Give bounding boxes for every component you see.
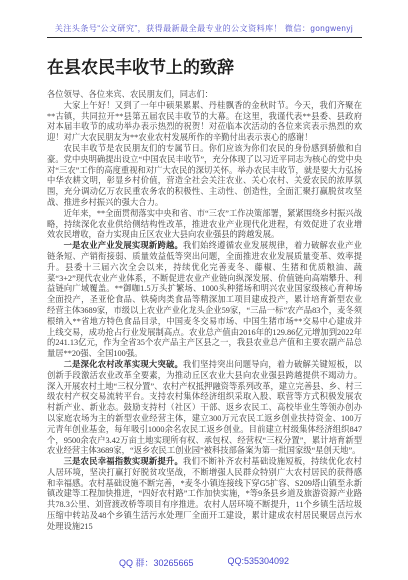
paragraph-text: 各位领导、各位来宾、农民朋友们，同志们：	[47, 90, 213, 99]
paragraph-text: 我们坚持突出问题导向，着力破解关键短板，以创新手段激活农业改革全要素，为推动丘区…	[47, 360, 362, 455]
point-three-paragraph: 三是农民幸福指数实现新提升。我们不断补齐农村基础设施短板，持续优化农村人居环境，…	[47, 457, 362, 533]
point-two-paragraph: 二是深化农村改革实现大突破。我们坚持突出问题导向，着力破解关键短板，以创新手段激…	[47, 360, 362, 457]
point-two-heading: 二是深化农村改革实现大突破。	[64, 360, 183, 369]
header-divider	[47, 37, 362, 38]
document-page: 关注头条号“公文研究”，获得最新最全最专业的公文资料库！ 微信：gongweny…	[0, 0, 408, 580]
page-header: 关注头条号“公文研究”，获得最新最全最专业的公文资料库！ 微信：gongweny…	[0, 0, 408, 38]
qq-group-number: QQ 群：30265665	[119, 556, 194, 569]
qq-number: QQ:535304092	[227, 556, 289, 569]
point-one-heading: 一是农业产业发展实现新跨越。	[64, 241, 183, 250]
opening-paragraph: 大家上午好！又到了一年中硕果累累、丹桂飘香的金秋时节。今天，我们齐聚在**古镇，…	[47, 101, 362, 144]
page-title: 在县农民丰收节上的致辞	[47, 57, 362, 79]
salutation-paragraph: 各位领导、各位来宾、农民朋友们，同志们：	[47, 90, 362, 101]
page-footer: QQ 群：30265665 QQ:535304092	[0, 556, 408, 569]
paragraph-text: 大家上午好！又到了一年中硕果累累、丹桂飘香的金秋时节。今天，我们齐聚在**古镇，…	[47, 101, 362, 142]
point-three-heading: 三是农民幸福指数实现新提升。	[64, 457, 183, 466]
recent-years-paragraph: 近年来，**全面贯彻落实中央和省、市“三农”工作决策部署，紧紧围绕乡村振兴战略，…	[47, 209, 362, 241]
festival-significance-paragraph: 农民丰收节是农民朋友们的专属节日。你们应该为你们农民的身份感到骄傲和自豪。党中央…	[47, 144, 362, 209]
paragraph-text: 农民丰收节是农民朋友们的专属节日。你们应该为你们农民的身份感到骄傲和自豪。党中央…	[47, 144, 362, 207]
header-promo-text: 关注头条号“公文研究”，获得最新最全最专业的公文资料库！ 微信：gongweny…	[0, 0, 408, 34]
paragraph-text: 我们始终遵循农业发展规律，着力破解农业产业链条短、产销衔接弱、质量效益低等突出问…	[47, 241, 362, 358]
point-one-paragraph: 一是农业产业发展实现新跨越。我们始终遵循农业发展规律，着力破解农业产业链条短、产…	[47, 241, 362, 360]
paragraph-text: 近年来，**全面贯彻落实中央和省、市“三农”工作决策部署，紧紧围绕乡村振兴战略，…	[47, 209, 362, 240]
document-body: 各位领导、各位来宾、农民朋友们，同志们： 大家上午好！又到了一年中硕果累累、丹桂…	[47, 90, 362, 533]
paragraph-text: 我们不断补齐农村基础设施短板，持续优化农村人居环境，坚决打赢打好脱贫攻坚战，不断…	[47, 457, 362, 531]
